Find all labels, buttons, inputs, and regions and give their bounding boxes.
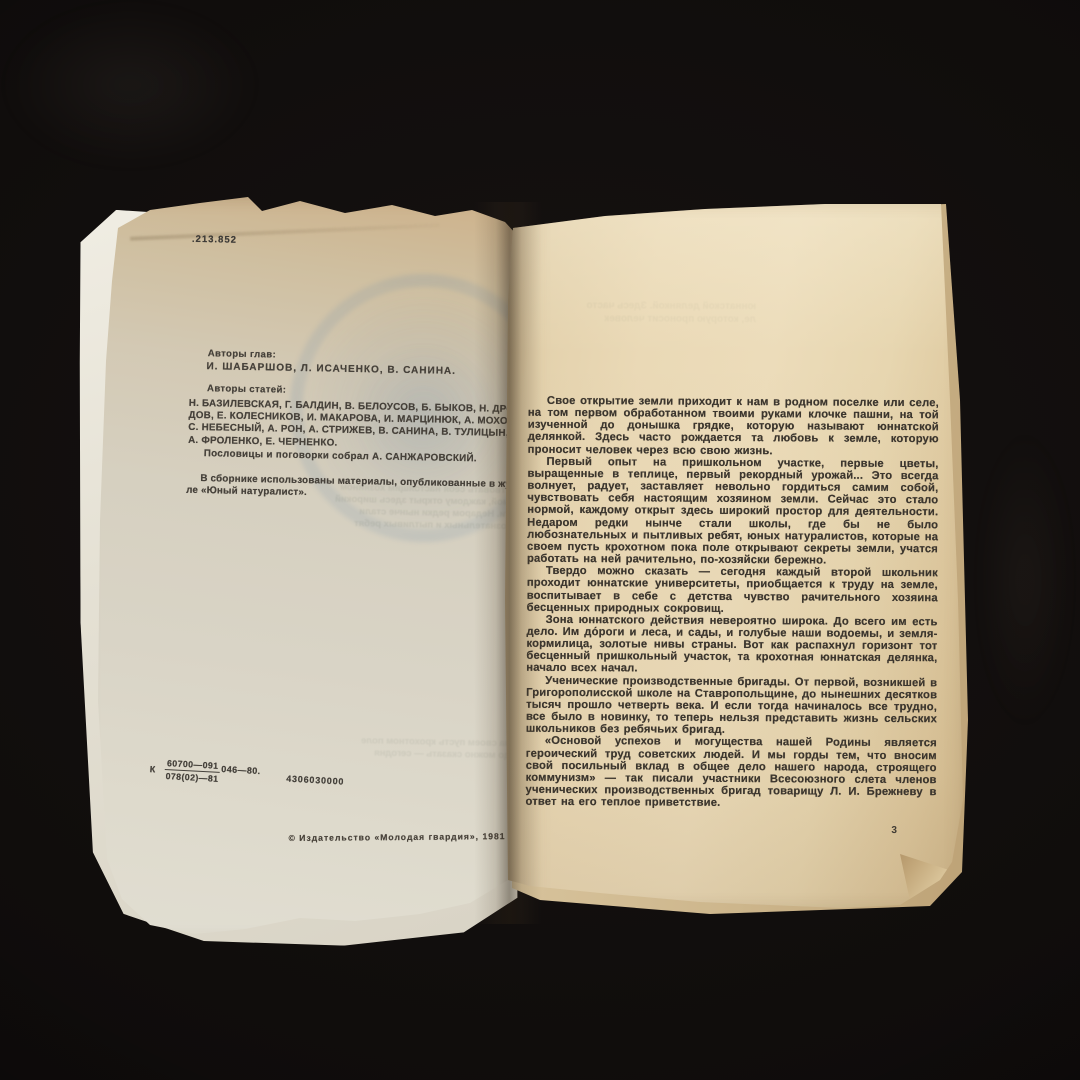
photo-vignette [0, 0, 1080, 1080]
photo-scene: .213.852 Авторы глав: И. ШАБАРШОВ, Л. ИС… [0, 0, 1080, 1080]
